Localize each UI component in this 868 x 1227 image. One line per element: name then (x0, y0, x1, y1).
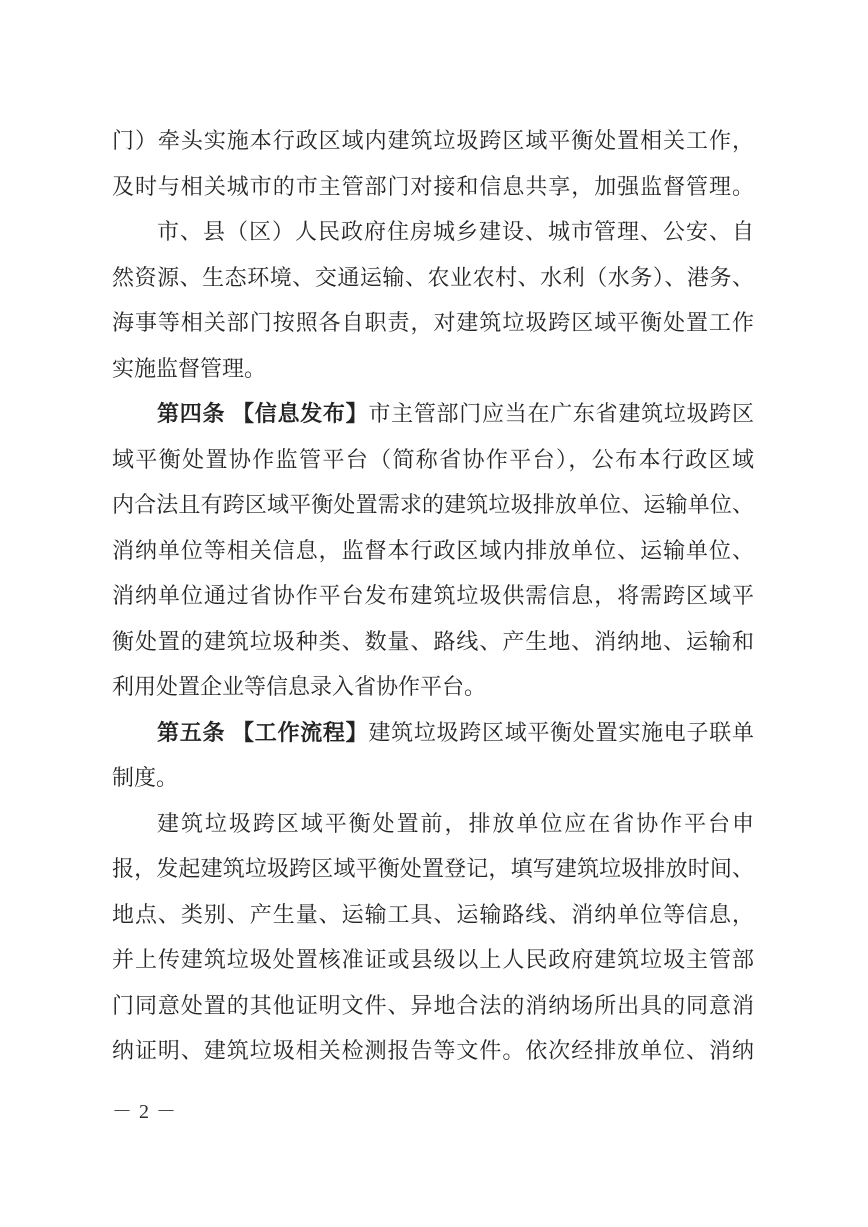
article-heading: 第四条 【信息发布】 (157, 401, 368, 426)
document-body: 门）牵头实施本行政区域内建筑垃圾跨区域平衡处置相关工作，及时与相关城市的市主管部… (112, 118, 754, 1074)
text-line: 内合法且有跨区域平衡处置需求的建筑垃圾排放单位、运输单位、 (112, 482, 754, 528)
text-line: 纳证明、建筑垃圾相关检测报告等文件。依次经排放单位、消纳 (112, 1028, 754, 1074)
text-line: 制度。 (112, 755, 754, 801)
page-footer: － 2 － (112, 1097, 177, 1127)
article-line: 第五条 【工作流程】建筑垃圾跨区域平衡处置实施电子联单 (112, 710, 754, 756)
text-line: 地点、类别、产生量、运输工具、运输路线、消纳单位等信息， (112, 892, 754, 938)
page-number: － 2 － (112, 1101, 177, 1123)
text-line: 门同意处置的其他证明文件、异地合法的消纳场所出具的同意消 (112, 983, 754, 1029)
text-line: 建筑垃圾跨区域平衡处置前，排放单位应在省协作平台申 (112, 801, 754, 847)
document-page: 门）牵头实施本行政区域内建筑垃圾跨区域平衡处置相关工作，及时与相关城市的市主管部… (0, 0, 868, 1227)
text-line: 市、县（区）人民政府住房城乡建设、城市管理、公安、自 (112, 209, 754, 255)
text-line: 然资源、生态环境、交通运输、农业农村、水利（水务）、港务、 (112, 255, 754, 301)
text-line: 海事等相关部门按照各自职责，对建筑垃圾跨区域平衡处置工作 (112, 300, 754, 346)
text-line: 实施监督管理。 (112, 346, 754, 392)
text-line: 利用处置企业等信息录入省协作平台。 (112, 664, 754, 710)
text-line: 消纳单位等相关信息，监督本行政区域内排放单位、运输单位、 (112, 528, 754, 574)
text-line: 域平衡处置协作监管平台（简称省协作平台），公布本行政区域 (112, 437, 754, 483)
article-heading: 第五条 【工作流程】 (157, 720, 368, 745)
text-line: 门）牵头实施本行政区域内建筑垃圾跨区域平衡处置相关工作， (112, 118, 754, 164)
text-line: 并上传建筑垃圾处置核准证或县级以上人民政府建筑垃圾主管部 (112, 937, 754, 983)
article-line: 第四条 【信息发布】市主管部门应当在广东省建筑垃圾跨区 (112, 391, 754, 437)
text-line: 报，发起建筑垃圾跨区域平衡处置登记，填写建筑垃圾排放时间、 (112, 846, 754, 892)
text-line: 及时与相关城市的市主管部门对接和信息共享，加强监督管理。 (112, 164, 754, 210)
text-line: 衡处置的建筑垃圾种类、数量、路线、产生地、消纳地、运输和 (112, 619, 754, 665)
text-line: 消纳单位通过省协作平台发布建筑垃圾供需信息，将需跨区域平 (112, 573, 754, 619)
